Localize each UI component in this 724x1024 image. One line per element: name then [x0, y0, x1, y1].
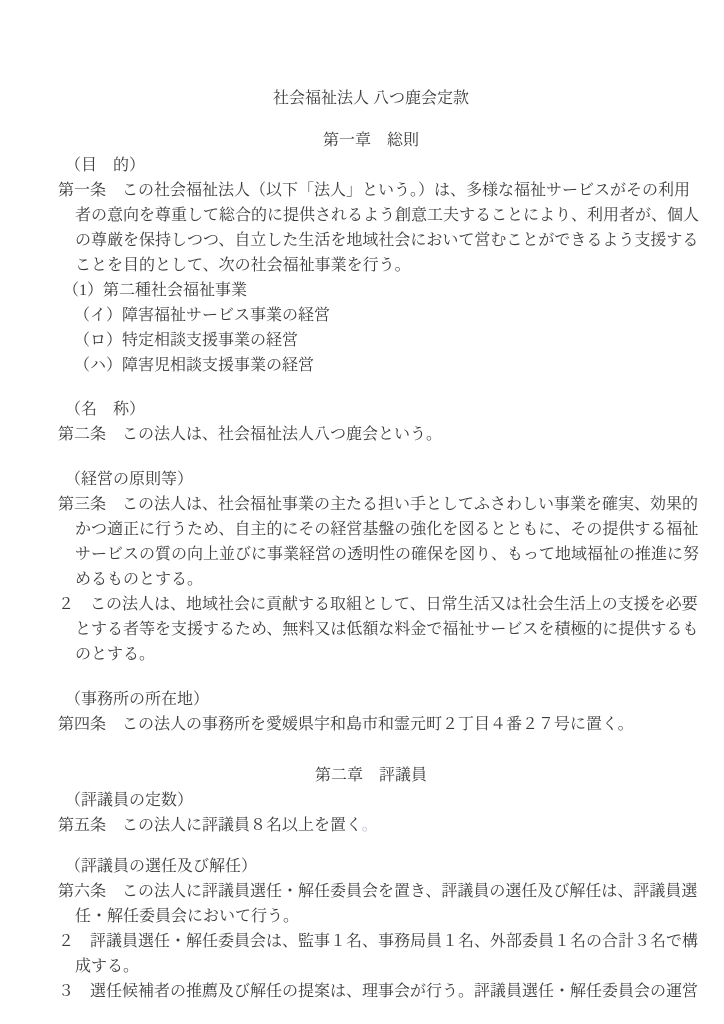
article-1: 第一条 この社会福祉法人（以下「法人」という。）は、多様な福祉サービスがその利用…	[58, 178, 684, 278]
article-5-text: 第五条 この法人に評議員８名以上を置く	[58, 817, 362, 834]
article-2: 第二条 この法人は、社会福祉法人八つ鹿会という。	[58, 422, 684, 447]
article-6: 第六条 この法人に評議員選任・解任委員会を置き、評議員の選任及び解任は、評議員選…	[58, 879, 684, 929]
text-line: 成する。	[58, 954, 684, 979]
appointment-dismissal-heading: （評議員の選任及び解任）	[58, 854, 684, 879]
article-1-item-1-ha: （ハ）障害児相談支援事業の経営	[58, 353, 684, 378]
doc-title: 社会福祉法人 八つ鹿会定款	[58, 86, 684, 111]
text-line: ２ 評議員選任・解任委員会は、監事１名、事務局員１名、外部委員１名の合計３名で構	[58, 929, 684, 954]
article-3-clause-2: ２ この法人は、地域社会に貢献する取組として、日常生活又は社会生活上の支援を必要…	[58, 592, 684, 667]
text-line: の尊厳を保持しつつ、自立した生活を地域社会において営むことができるよう支援する	[58, 228, 684, 253]
article-5-period-revision-mark: 。	[362, 817, 378, 834]
article-6-clause-2: ２ 評議員選任・解任委員会は、監事１名、事務局員１名、外部委員１名の合計３名で構…	[58, 929, 684, 979]
text-line: 第一条 この社会福祉法人（以下「法人」という。）は、多様な福祉サービスがその利用	[58, 178, 684, 203]
councilor-count-heading: （評議員の定数）	[58, 788, 684, 813]
text-line: ２ この法人は、地域社会に貢献する取組として、日常生活又は社会生活上の支援を必要	[58, 592, 684, 617]
text-line: かつ適正に行うため、自主的にその経営基盤の強化を図るとともに、その提供する福祉	[58, 517, 684, 542]
text-line: 者の意向を尊重して総合的に提供されるよう創意工夫することにより、利用者が、個人	[58, 203, 684, 228]
chapter-2-heading: 第二章 評議員	[58, 763, 684, 788]
text-line: 任・解任委員会において行う。	[58, 904, 684, 929]
article-3: 第三条 この法人は、社会福祉事業の主たる担い手としてふさわしい事業を確実、効果的…	[58, 492, 684, 592]
text-line: 第六条 この法人に評議員選任・解任委員会を置き、評議員の選任及び解任は、評議員選	[58, 879, 684, 904]
article-4: 第四条 この法人の事務所を愛媛県宇和島市和霊元町２丁目４番２７号に置く。	[58, 712, 684, 737]
chapter-1-heading: 第一章 総則	[58, 128, 684, 153]
article-5: 第五条 この法人に評議員８名以上を置く。	[58, 813, 684, 838]
text-line: めるものとする。	[58, 567, 684, 592]
text-line: ことを目的として、次の社会福祉事業を行う。	[58, 253, 684, 278]
office-location-heading: （事務所の所在地）	[58, 687, 684, 712]
name-heading: （名 称）	[58, 397, 684, 422]
document-page: 社会福祉法人 八つ鹿会定款 第一章 総則 （目 的） 第一条 この社会福祉法人（…	[0, 0, 724, 1024]
purpose-heading: （目 的）	[58, 153, 684, 178]
article-1-item-1-ro: （ロ）特定相談支援事業の経営	[58, 328, 684, 353]
text-line: サービスの質の向上並びに事業経営の透明性の確保を図り、もって地域福祉の推進に努	[58, 542, 684, 567]
text-line: のとする。	[58, 642, 684, 667]
management-principles-heading: （経営の原則等）	[58, 467, 684, 492]
text-line: 第三条 この法人は、社会福祉事業の主たる担い手としてふさわしい事業を確実、効果的	[58, 492, 684, 517]
article-1-item-1: （1）第二種社会福祉事業	[58, 278, 684, 303]
article-6-clause-3: ３ 選任候補者の推薦及び解任の提案は、理事会が行う。評議員選任・解任委員会の運営	[58, 979, 684, 1004]
article-1-item-1-i: （イ）障害福祉サービス事業の経営	[58, 303, 684, 328]
text-line: とする者等を支援するため、無料又は低額な料金で福祉サービスを積極的に提供するも	[58, 617, 684, 642]
text-line: ３ 選任候補者の推薦及び解任の提案は、理事会が行う。評議員選任・解任委員会の運営	[58, 979, 684, 1004]
